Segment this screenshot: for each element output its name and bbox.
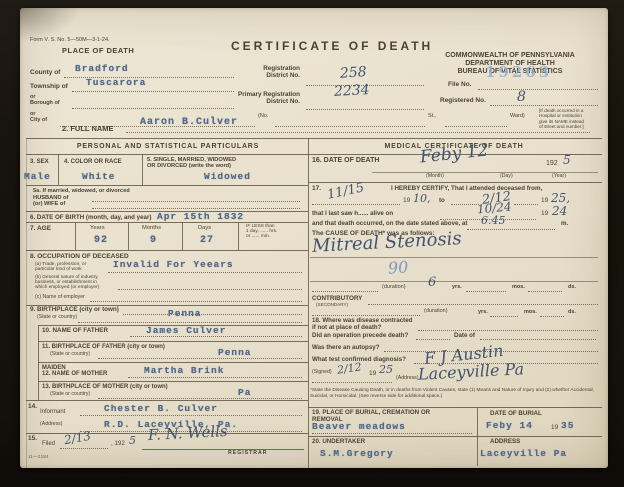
filed-year-printed: , 192 (111, 441, 125, 448)
cell-divider (182, 222, 183, 250)
rule (26, 138, 602, 139)
blank-line (72, 100, 234, 109)
birthplace-label: 9. BIRTHPLACE (city or town) (30, 307, 119, 314)
mos2-label: mos. (524, 310, 537, 316)
blank-line (416, 331, 450, 340)
blank-line (368, 296, 598, 305)
burial-year-value: 35 (561, 421, 574, 431)
duration2-label: (duration) (424, 309, 448, 315)
blank-line (90, 293, 302, 302)
death-occurred-text: and that death occurred, on the date sta… (312, 221, 467, 228)
last-saw-text: that I last saw h...... alive on (312, 211, 393, 218)
year19-printed: 19 (551, 425, 558, 432)
blank-line (118, 281, 302, 290)
duration-years-value: 6 (428, 276, 436, 290)
blank-line (312, 307, 420, 316)
rule (38, 341, 308, 342)
county-label: County of (30, 70, 60, 77)
certificate-title: CERTIFICATE OF DEATH (231, 40, 433, 53)
mother-birthplace-sub: (State or country) (50, 392, 90, 397)
ward-label: Ward) (510, 114, 525, 120)
blank-line (312, 283, 378, 292)
cell-divider (128, 222, 129, 250)
undertaker-address-label: ADDRESS (490, 439, 520, 446)
blank-line (466, 283, 506, 292)
duration-label: (duration) (382, 285, 406, 291)
informant-label: Informant (40, 409, 65, 415)
death-certificate-scan: Form V. S. No. 5—50M—3-1-24. PLACE OF DE… (20, 8, 608, 468)
blank-line (480, 331, 596, 340)
address-label: (Address) (396, 376, 419, 381)
attended-from-year: 10, (413, 193, 431, 205)
dob-value: Apr 15th 1832 (157, 212, 244, 222)
rule (308, 407, 602, 408)
street-no-label: (No. (258, 114, 268, 120)
age-years-value: 92 (94, 236, 108, 247)
blank-line (60, 440, 108, 449)
filed-year-value: 5 (129, 435, 136, 447)
city-label: or City of (30, 112, 47, 124)
mother-name-label: MAIDEN 12. NAME OF MOTHER (42, 365, 107, 377)
undertaker-address-value: Laceyville Pa (480, 449, 567, 459)
borough-label: or Borough of (30, 95, 60, 107)
column-divider (308, 138, 309, 468)
date-of-label: Date of (454, 333, 475, 340)
footnote: *State the Disease Causing Death, or in … (310, 388, 598, 400)
autopsy-label: Was there an autopsy? (312, 345, 380, 352)
burial-date-label: DATE OF BURIAL (490, 411, 542, 418)
blank-line (80, 407, 302, 416)
blank-line (540, 308, 564, 317)
blank-line (108, 264, 302, 273)
rule (26, 400, 308, 401)
street-label: St., (428, 114, 436, 120)
file-number-stamp: 19263 (485, 65, 552, 81)
to-label: to (439, 198, 445, 205)
informant-address-label: (Address) (40, 422, 63, 427)
blank-line (312, 425, 472, 434)
blank-line (467, 221, 555, 230)
death-year-value: 5 (563, 154, 571, 167)
ds2-label: ds. (568, 310, 576, 316)
print-code: 11—2184 (28, 455, 48, 460)
year19-printed: 19 (403, 198, 410, 205)
registrar-signature: F. N. Wells (148, 424, 228, 444)
rule (310, 257, 598, 258)
rule (38, 362, 308, 363)
primary-district-label: Primary Registration District No. (224, 92, 300, 106)
age-days-value: 27 (200, 236, 214, 247)
race-label: 4. COLOR OR RACE (64, 159, 122, 165)
blank-line (490, 308, 518, 317)
blank-line (126, 124, 590, 133)
father-name-label: 10. NAME OF FATHER (42, 328, 108, 335)
occupation-a-label: (a) Trade, profession, or particular kin… (35, 262, 86, 272)
mos-label: mos. (512, 285, 525, 291)
filed-label: Filed (42, 441, 55, 447)
cell-divider (58, 154, 59, 185)
primary-district-value: 2234 (334, 83, 370, 100)
margin-rule (26, 138, 27, 468)
yrs-label: yrs. (452, 285, 462, 291)
file-no-label: File No. (448, 82, 471, 89)
years-label: Years (90, 225, 105, 231)
filed-number: 15. (28, 436, 37, 443)
yrs2-label: yrs. (478, 310, 488, 316)
registration-district-label: Registration District No. (238, 66, 300, 80)
item18-label: 18. Where was disease contracted if not … (312, 317, 412, 331)
cause-code-value: 90 (387, 259, 408, 277)
rule (26, 185, 308, 186)
day-label: (Day) (500, 174, 513, 179)
blank-line (528, 283, 562, 292)
blank-line (451, 196, 479, 205)
ds-label: ds. (568, 285, 576, 291)
registrar-label: REGISTRAR (228, 451, 268, 456)
cell-divider (75, 222, 76, 250)
rule (26, 222, 308, 223)
year-label: (Year) (552, 174, 566, 179)
sex-label: 3. SEX (30, 159, 49, 165)
blank-line (478, 81, 598, 90)
date-of-death-label: 16. DATE OF DEATH (312, 157, 379, 164)
father-birthplace-sub: (State or country) (50, 352, 90, 357)
rule (310, 281, 598, 282)
rule (26, 250, 308, 251)
days-label: Days (198, 225, 211, 231)
blank-line (98, 390, 302, 399)
year19-printed: 19 (541, 211, 548, 218)
date-of-death-value: Feby 12 (419, 142, 489, 167)
signature-line (142, 449, 304, 450)
last-saw-year: 24 (552, 205, 567, 218)
marital-label: 5. SINGLE, MARRIED, WIDOWED OR DIVORCED … (147, 157, 236, 169)
sex-value: Male (24, 172, 51, 182)
if-less-label: IF LESS than 1 day, ...... hrs. or .....… (246, 224, 277, 240)
cause-of-death-value: Mitreal Stenosis (312, 230, 463, 257)
operation-label: Did an operation precede death? (312, 333, 408, 340)
blank-line (306, 101, 424, 110)
marital-value: Widowed (204, 172, 251, 182)
personal-section-heading: PERSONAL AND STATISTICAL PARTICULARS (28, 143, 308, 150)
township-label: Township of (30, 84, 68, 91)
cell-divider (238, 222, 239, 250)
attended-to-year: 25, (551, 192, 570, 205)
rule (38, 381, 308, 382)
undertaker-label: 20. UNDERTAKER (312, 439, 365, 446)
burial-date-value: Feby 14 (486, 421, 533, 431)
month-label: (Month) (426, 174, 444, 179)
m-label: m. (561, 221, 568, 228)
blank-line (98, 350, 302, 359)
form-number: Form V. S. No. 5—50M—3-1-24. (30, 38, 110, 44)
race-value: White (82, 172, 116, 182)
age-months-value: 9 (150, 236, 157, 247)
cell-divider (142, 154, 143, 185)
blank-line (92, 200, 300, 209)
blank-line (418, 322, 598, 331)
place-of-death-heading: PLACE OF DEATH (62, 47, 134, 55)
rule (26, 154, 602, 155)
blank-line (130, 328, 302, 337)
occupation-b-label: (b) General nature of industry, business… (35, 275, 99, 291)
birthplace-sub-label: (State or country) (37, 315, 77, 320)
dob-label: 6. DATE OF BIRTH (month, day, and year) (30, 215, 151, 222)
informant-number: 14. (28, 404, 37, 411)
months-label: Months (142, 225, 161, 231)
occupation-c-label: (c) Name of employer (35, 295, 85, 300)
age-label: 7. AGE (30, 226, 51, 233)
registered-no-label: Registered No. (440, 98, 486, 105)
blank-line (490, 97, 598, 106)
full-name-label: 2. FULL NAME (62, 125, 114, 133)
year19-printed: 19 (541, 198, 548, 205)
rule (308, 436, 602, 437)
blank-line (78, 314, 302, 323)
blank-line (312, 374, 392, 383)
blank-line (514, 196, 538, 205)
blank-line (128, 369, 302, 378)
physician-address-value: Laceyville Pa (418, 361, 525, 383)
item17-number: 17. (312, 186, 321, 193)
undertaker-value: S.M.Gregory (320, 449, 394, 459)
year-printed: 192 (546, 160, 558, 167)
blank-line (72, 83, 234, 92)
blank-line (312, 196, 400, 205)
